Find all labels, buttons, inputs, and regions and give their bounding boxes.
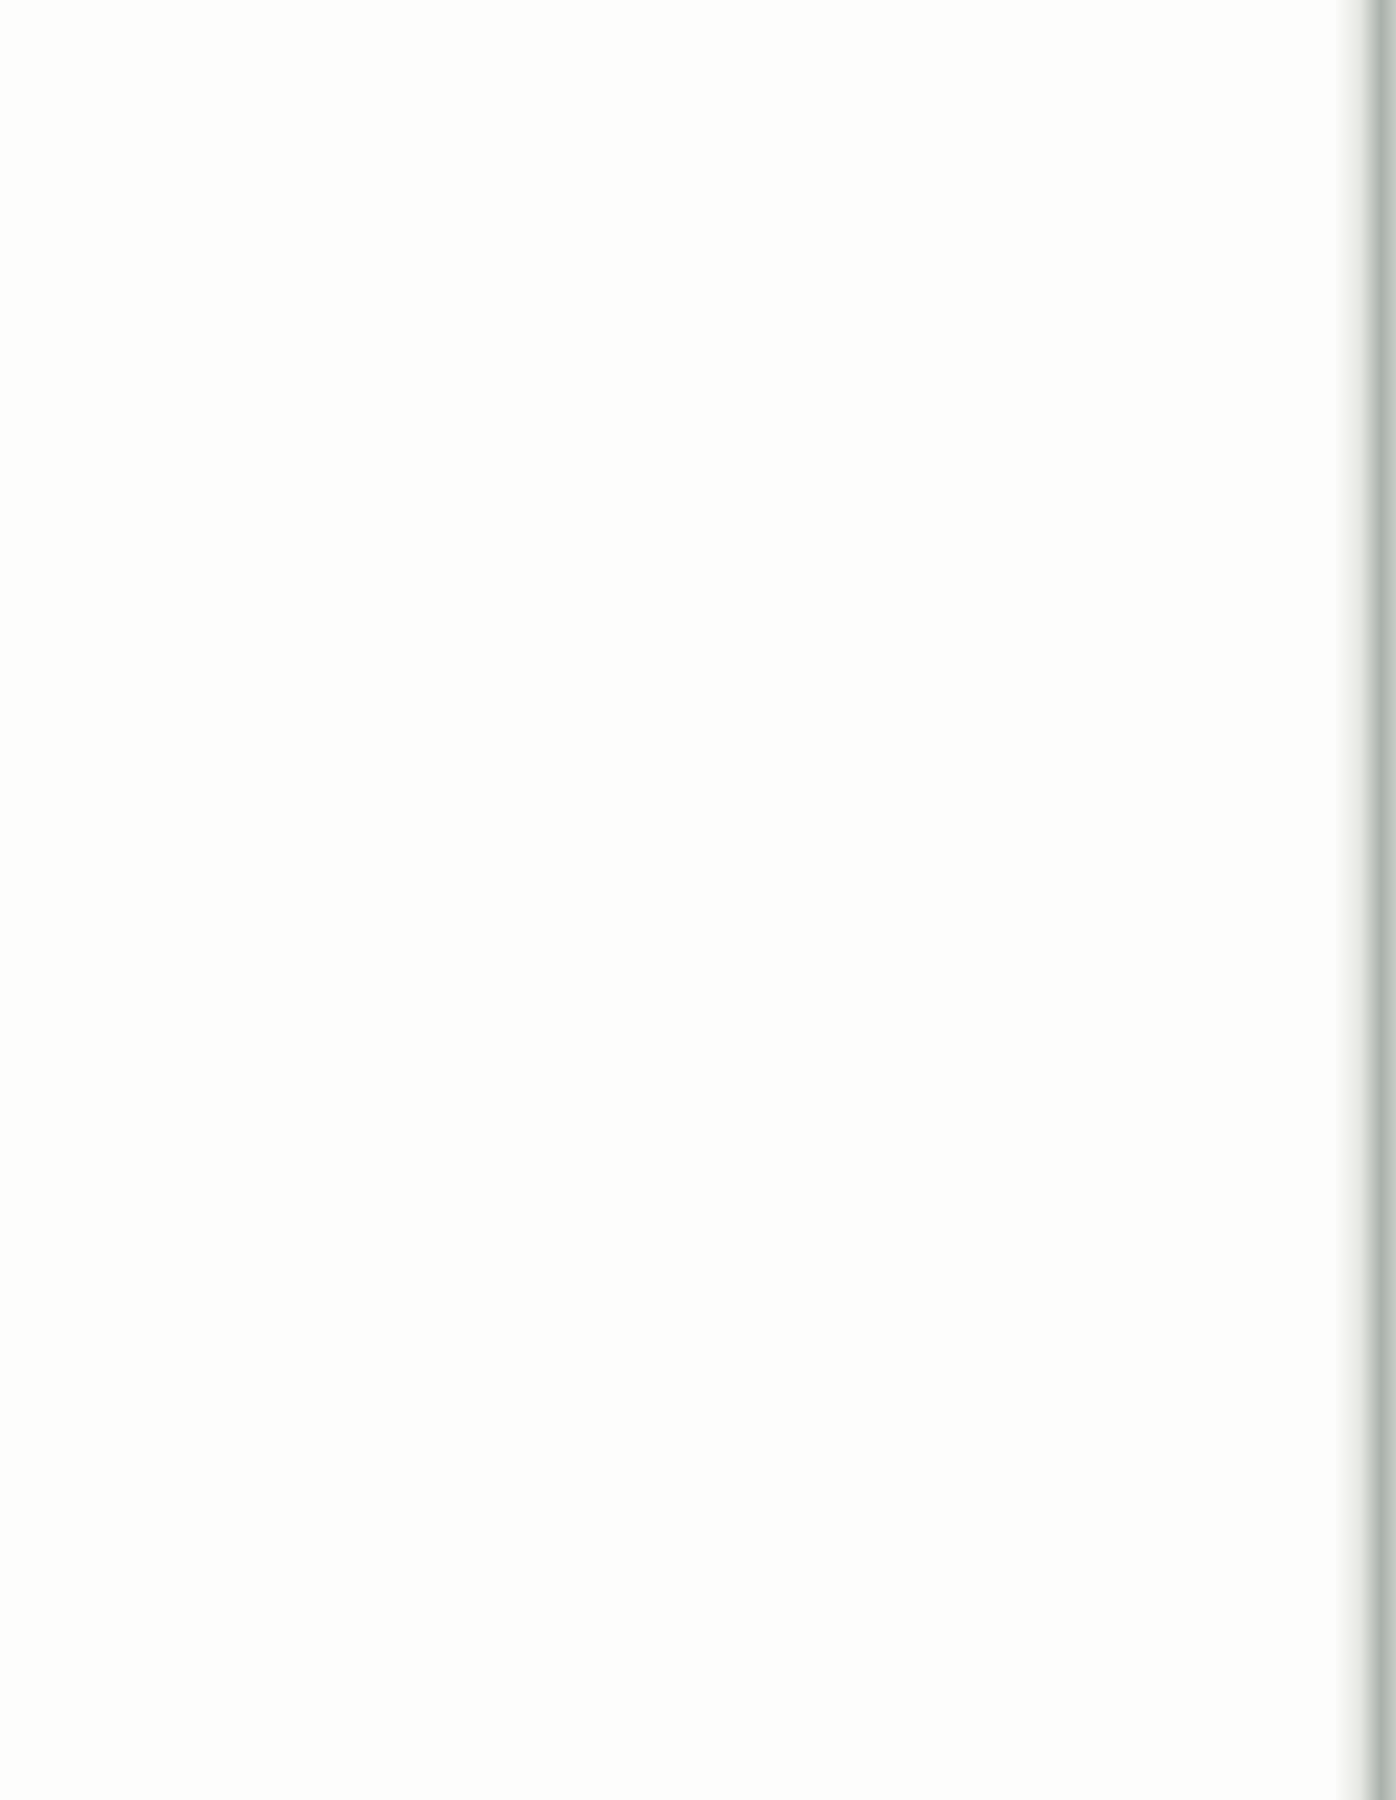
article-body	[72, 138, 1246, 148]
star-border-left	[0, 42, 22, 1722]
star-border-right	[1327, 40, 1349, 1724]
star-border-bottom	[4, 1694, 1344, 1720]
star-border-top	[4, 42, 1344, 68]
